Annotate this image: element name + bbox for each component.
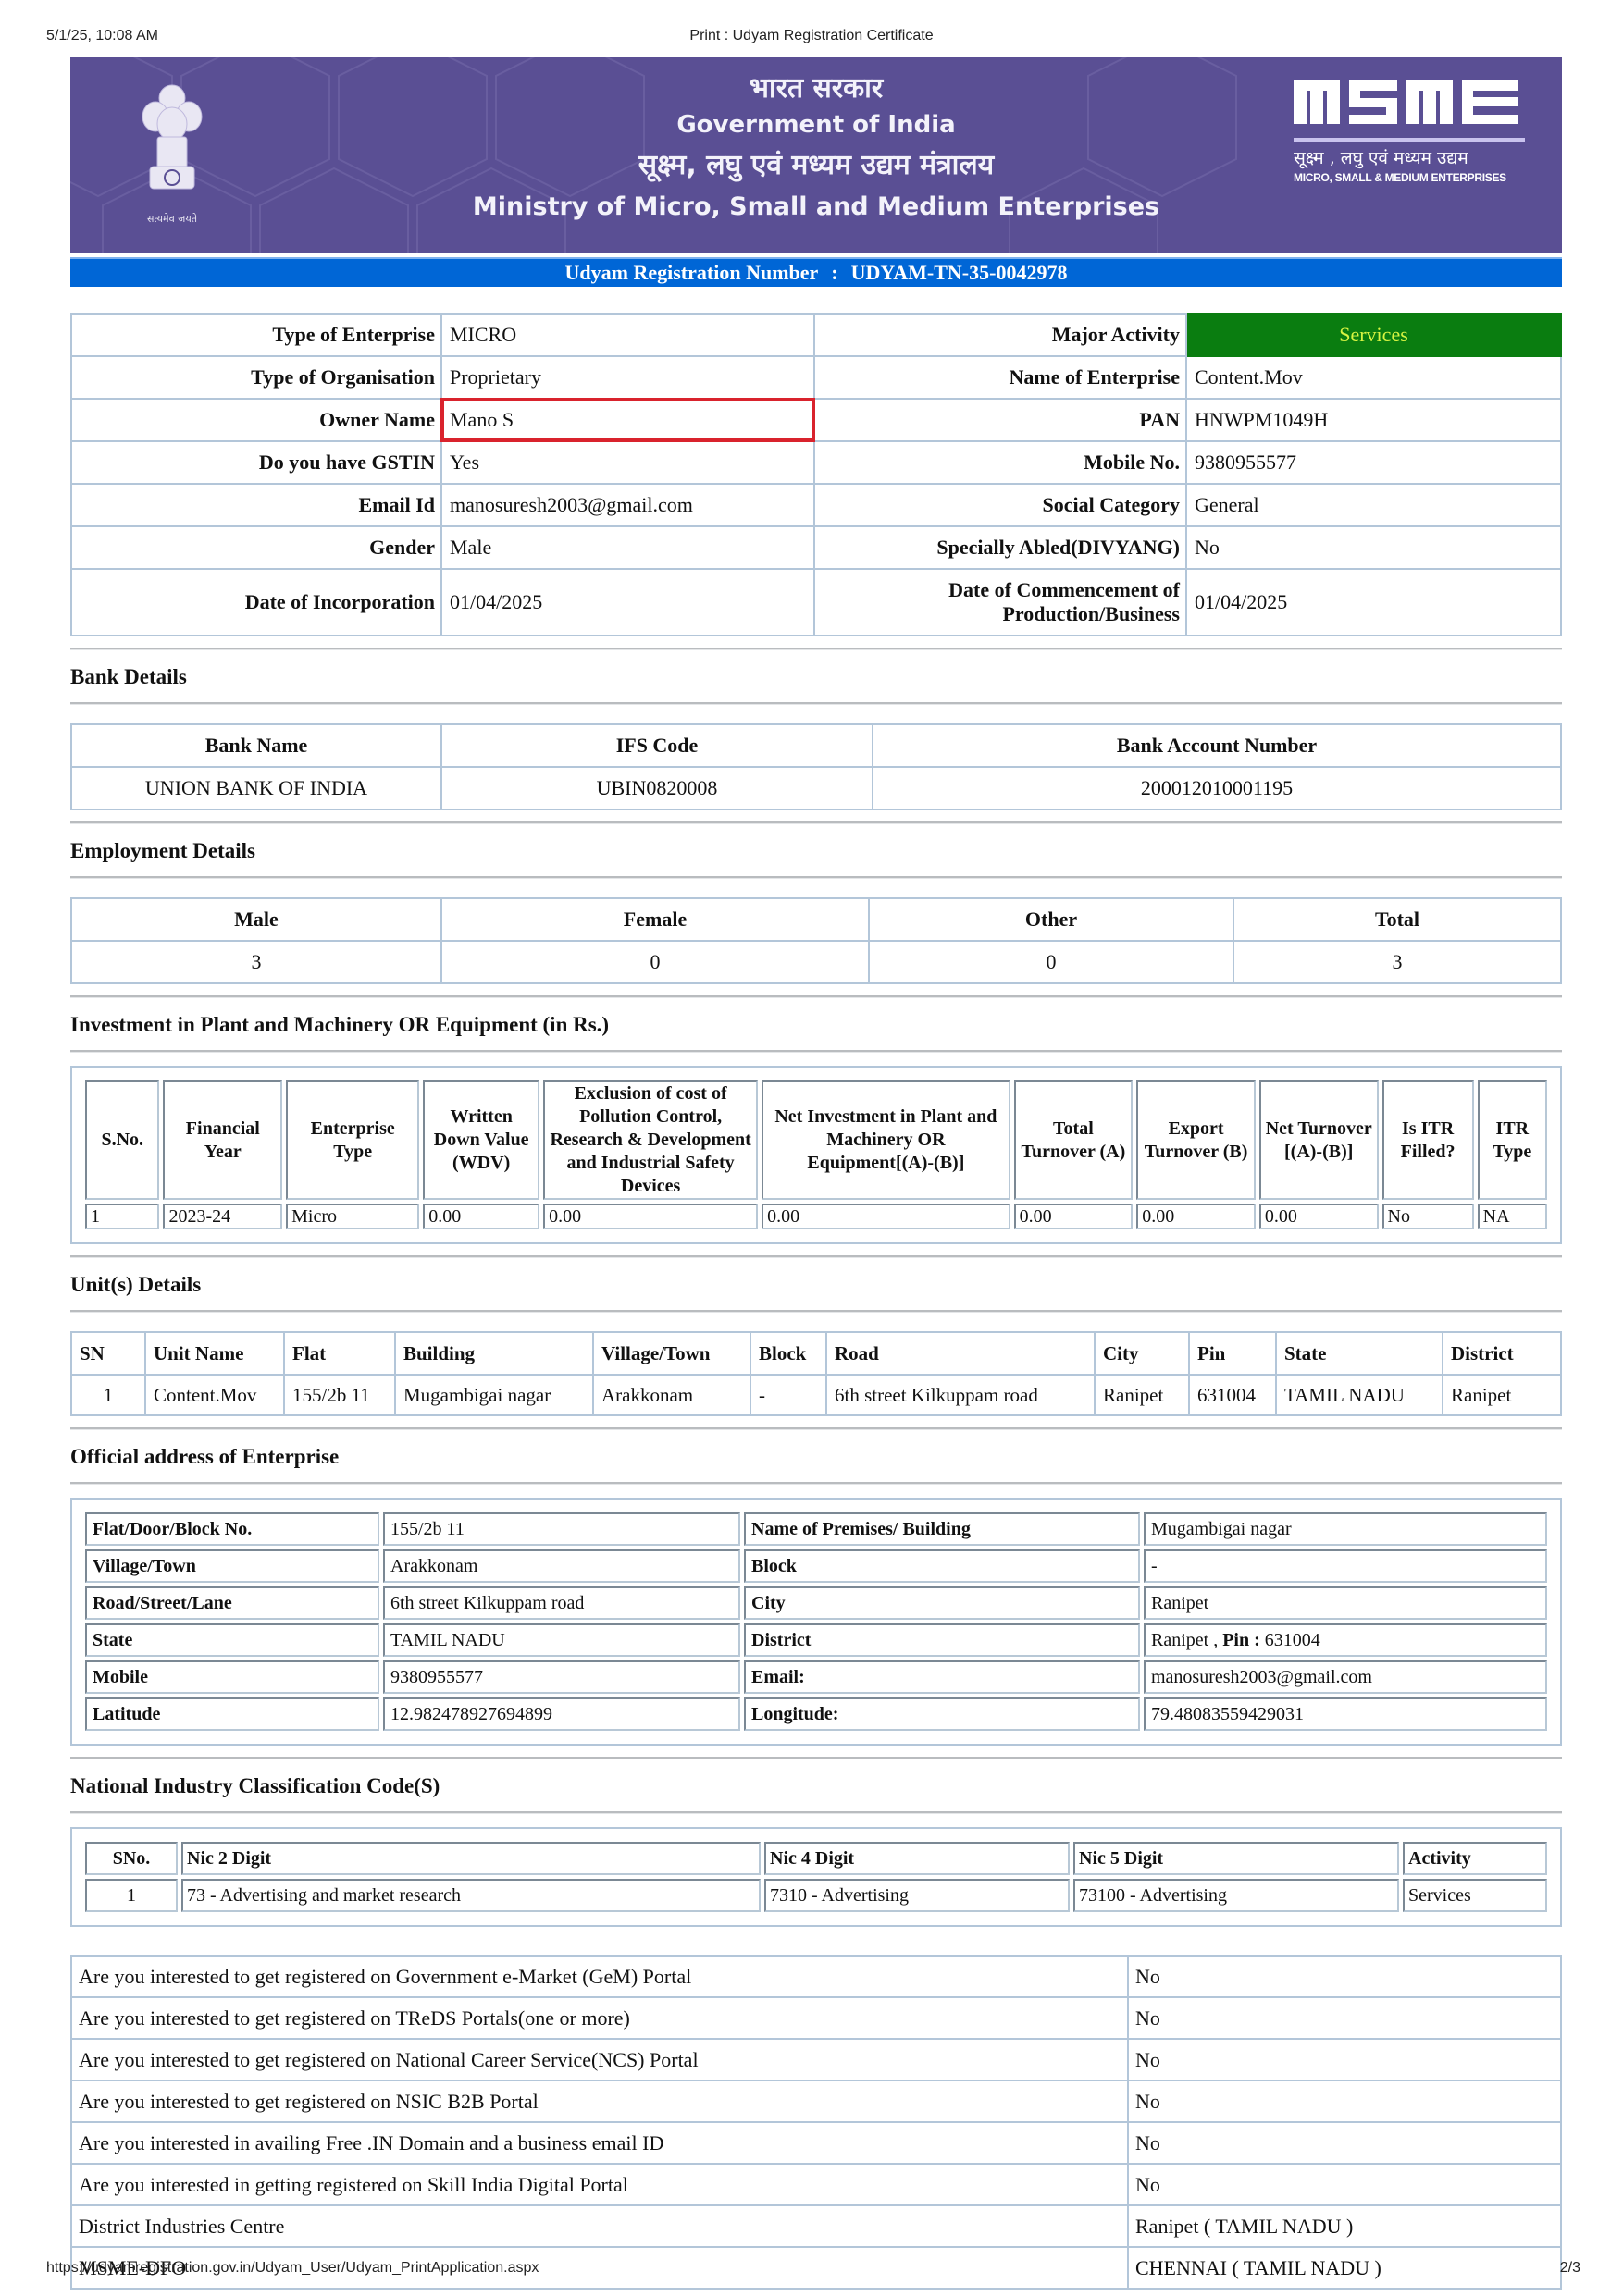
- table-row: GenderMaleSpecially Abled(DIVYANG)No: [71, 526, 1561, 569]
- investment-title: Investment in Plant and Machinery OR Equ…: [70, 1013, 1562, 1037]
- answer-value: No: [1128, 1997, 1561, 2039]
- female-header: Female: [441, 898, 869, 941]
- field-value: 9380955577: [1186, 441, 1561, 484]
- address-value: 9380955577: [383, 1660, 740, 1694]
- unit-cell: 1: [71, 1375, 145, 1415]
- field-label: Email Id: [71, 484, 441, 526]
- table-row: 12023-24Micro0.000.000.000.000.000.00NoN…: [85, 1204, 1547, 1229]
- table-row: Road/Street/Lane6th street Kilkuppam roa…: [85, 1586, 1547, 1620]
- section-divider: [70, 1427, 1562, 1430]
- table-row: Mobile9380955577Email:manosuresh2003@gma…: [85, 1660, 1547, 1694]
- address-value: -: [1144, 1549, 1547, 1583]
- question-text: District Industries Centre: [71, 2205, 1128, 2247]
- table-row: Are you interested in availing Free .IN …: [71, 2122, 1561, 2164]
- unit-column-header: SN: [71, 1332, 145, 1375]
- table-row: Latitude12.982478927694899Longitude:79.4…: [85, 1697, 1547, 1731]
- investment-table: S.No.Financial YearEnterprise TypeWritte…: [81, 1077, 1551, 1233]
- investment-box: S.No.Financial YearEnterprise TypeWritte…: [70, 1066, 1562, 1244]
- address-value: 6th street Kilkuppam road: [383, 1586, 740, 1620]
- registration-number: UDYAM-TN-35-0042978: [851, 261, 1068, 284]
- nic5-header: Nic 5 Digit: [1073, 1842, 1399, 1875]
- unit-cell: -: [750, 1375, 826, 1415]
- total-header: Total: [1233, 898, 1561, 941]
- table-row: 1Content.Mov155/2b 11Mugambigai nagarAra…: [71, 1375, 1561, 1415]
- print-header: 5/1/25, 10:08 AM Print : Udyam Registrat…: [0, 28, 1623, 50]
- section-divider: [70, 1255, 1562, 1258]
- account-number: 200012010001195: [873, 767, 1561, 809]
- unit-cell: TAMIL NADU: [1276, 1375, 1443, 1415]
- major-activity-badge: Services: [1186, 314, 1561, 356]
- section-divider: [70, 1310, 1562, 1313]
- field-label: Type of Organisation: [71, 356, 441, 399]
- question-text: Are you interested to get registered on …: [71, 2080, 1128, 2122]
- unit-cell: Ranipet: [1443, 1375, 1561, 1415]
- enterprise-details-table: Type of EnterpriseMICROMajor ActivitySer…: [70, 313, 1562, 636]
- unit-cell: Mugambigai nagar: [395, 1375, 593, 1415]
- unit-cell: 155/2b 11: [284, 1375, 395, 1415]
- nic-activity-header: Activity: [1403, 1842, 1547, 1875]
- section-divider: [70, 821, 1562, 824]
- address-label: Flat/Door/Block No.: [85, 1512, 379, 1546]
- table-row: Are you interested to get registered on …: [71, 2039, 1561, 2080]
- investment-cell: 0.00: [1014, 1204, 1134, 1229]
- table-row: Are you interested to get registered on …: [71, 2080, 1561, 2122]
- address-value: Arakkonam: [383, 1549, 740, 1583]
- address-value: Ranipet: [1144, 1586, 1547, 1620]
- address-label: District: [744, 1623, 1140, 1657]
- address-value: Ranipet , Pin : 631004: [1144, 1623, 1547, 1657]
- address-label: State: [85, 1623, 379, 1657]
- unit-cell: Ranipet: [1095, 1375, 1189, 1415]
- nic5-value: 73100 - Advertising: [1073, 1879, 1399, 1912]
- question-text: Are you interested in availing Free .IN …: [71, 2122, 1128, 2164]
- government-banner: सत्यमेव जयते भारत सरकार Government of In…: [70, 57, 1562, 253]
- registration-label: Udyam Registration Number: [565, 261, 819, 284]
- page-url: https://udyamregistration.gov.in/Udyam_U…: [46, 2260, 539, 2277]
- unit-column-header: Flat: [284, 1332, 395, 1375]
- units-table: SNUnit NameFlatBuildingVillage/TownBlock…: [70, 1331, 1562, 1416]
- field-label: Specially Abled(DIVYANG): [814, 526, 1186, 569]
- unit-column-header: Road: [826, 1332, 1095, 1375]
- address-label: Village/Town: [85, 1549, 379, 1583]
- other-header: Other: [869, 898, 1233, 941]
- address-label: Block: [744, 1549, 1140, 1583]
- investment-cell: NA: [1478, 1204, 1547, 1229]
- table-row: 3 0 0 3: [71, 941, 1561, 983]
- table-row: UNION BANK OF INDIA UBIN0820008 20001201…: [71, 767, 1561, 809]
- address-label: City: [744, 1586, 1140, 1620]
- address-value: 12.982478927694899: [383, 1697, 740, 1731]
- investment-column-header: Net Investment in Plant and Machinery OR…: [762, 1080, 1010, 1200]
- field-value: Male: [441, 526, 814, 569]
- table-row: StateTAMIL NADUDistrictRanipet , Pin : 6…: [85, 1623, 1547, 1657]
- unit-column-header: Block: [750, 1332, 826, 1375]
- address-value: 79.48083559429031: [1144, 1697, 1547, 1731]
- table-row: 1 73 - Advertising and market research 7…: [85, 1879, 1547, 1912]
- nic2-header: Nic 2 Digit: [181, 1842, 761, 1875]
- female-count: 0: [441, 941, 869, 983]
- bank-name: UNION BANK OF INDIA: [71, 767, 441, 809]
- employment-table: Male Female Other Total 3 0 0 3: [70, 897, 1562, 984]
- field-label-line: Date of Commencement of: [823, 578, 1180, 602]
- pin-value: 631004: [1265, 1630, 1320, 1650]
- answer-value: No: [1128, 2122, 1561, 2164]
- investment-cell: Micro: [286, 1204, 419, 1229]
- investment-column-header: Is ITR Filled?: [1382, 1080, 1474, 1200]
- field-label: Owner Name: [71, 399, 441, 441]
- field-label: Do you have GSTIN: [71, 441, 441, 484]
- male-header: Male: [71, 898, 441, 941]
- field-value: No: [1186, 526, 1561, 569]
- field-label: Date of Commencement ofProduction/Busine…: [814, 569, 1186, 636]
- unit-column-header: State: [1276, 1332, 1443, 1375]
- logo-hindi-text: सूक्ष्म , लघु एवं मध्यम उद्यम: [1294, 145, 1525, 169]
- table-row: Type of OrganisationProprietaryName of E…: [71, 356, 1561, 399]
- answer-value: Ranipet ( TAMIL NADU ): [1128, 2205, 1561, 2247]
- bank-details-title: Bank Details: [70, 665, 1562, 689]
- field-value: Yes: [441, 441, 814, 484]
- unit-column-header: District: [1443, 1332, 1561, 1375]
- address-label: Name of Premises/ Building: [744, 1512, 1140, 1546]
- address-label: Road/Street/Lane: [85, 1586, 379, 1620]
- unit-cell: Content.Mov: [145, 1375, 284, 1415]
- nic-sno: 1: [85, 1879, 178, 1912]
- investment-column-header: Financial Year: [163, 1080, 282, 1200]
- logo-english-text: MICRO, SMALL & MEDIUM ENTERPRISES: [1294, 171, 1525, 184]
- address-label: Email:: [744, 1660, 1140, 1694]
- address-value: manosuresh2003@gmail.com: [1144, 1660, 1547, 1694]
- unit-cell: 6th street Kilkuppam road: [826, 1375, 1095, 1415]
- certificate-page: सत्यमेव जयते भारत सरकार Government of In…: [70, 57, 1562, 2290]
- field-label: Date of Incorporation: [71, 569, 441, 636]
- section-divider: [70, 876, 1562, 879]
- district-value: Ranipet ,: [1151, 1630, 1218, 1650]
- field-value: 01/04/2025: [441, 569, 814, 636]
- address-label: Longitude:: [744, 1697, 1140, 1731]
- table-row: Are you interested to get registered on …: [71, 1956, 1561, 1997]
- field-label: Mobile No.: [814, 441, 1186, 484]
- table-row: Email Idmanosuresh2003@gmail.comSocial C…: [71, 484, 1561, 526]
- bank-name-header: Bank Name: [71, 724, 441, 767]
- table-row: Are you interested to get registered on …: [71, 1997, 1561, 2039]
- answer-value: No: [1128, 2164, 1561, 2205]
- field-value: General: [1186, 484, 1561, 526]
- address-value: 155/2b 11: [383, 1512, 740, 1546]
- investment-cell: 2023-24: [163, 1204, 282, 1229]
- print-title: Print : Udyam Registration Certificate: [0, 28, 1623, 44]
- question-text: Are you interested in getting registered…: [71, 2164, 1128, 2205]
- field-value: HNWPM1049H: [1186, 399, 1561, 441]
- ifs-code-header: IFS Code: [441, 724, 873, 767]
- investment-cell: No: [1382, 1204, 1474, 1229]
- unit-column-header: Pin: [1189, 1332, 1276, 1375]
- official-address-title: Official address of Enterprise: [70, 1445, 1562, 1469]
- table-row: Owner NameMano SPANHNWPM1049H: [71, 399, 1561, 441]
- investment-column-header: Net Turnover [(A)-(B)]: [1259, 1080, 1379, 1200]
- question-text: Are you interested to get registered on …: [71, 1997, 1128, 2039]
- field-value: MICRO: [441, 314, 814, 356]
- address-label: Latitude: [85, 1697, 379, 1731]
- nic-box: SNo. Nic 2 Digit Nic 4 Digit Nic 5 Digit…: [70, 1827, 1562, 1927]
- investment-cell: 0.00: [1136, 1204, 1256, 1229]
- question-text: Are you interested to get registered on …: [71, 1956, 1128, 1997]
- investment-column-header: Enterprise Type: [286, 1080, 419, 1200]
- field-label-line: Production/Business: [823, 602, 1180, 626]
- field-label: Name of Enterprise: [814, 356, 1186, 399]
- question-text: Are you interested to get registered on …: [71, 2039, 1128, 2080]
- unit-cell: 631004: [1189, 1375, 1276, 1415]
- field-label: Major Activity: [814, 314, 1186, 356]
- investment-cell: 0.00: [423, 1204, 539, 1229]
- table-row: Flat/Door/Block No.155/2b 11Name of Prem…: [85, 1512, 1547, 1546]
- field-label: Social Category: [814, 484, 1186, 526]
- investment-column-header: Export Turnover (B): [1136, 1080, 1256, 1200]
- field-label: PAN: [814, 399, 1186, 441]
- section-divider: [70, 995, 1562, 998]
- investment-column-header: Exclusion of cost of Pollution Control, …: [543, 1080, 758, 1200]
- field-label: Gender: [71, 526, 441, 569]
- other-count: 0: [869, 941, 1233, 983]
- investment-cell: 0.00: [1259, 1204, 1379, 1229]
- unit-column-header: City: [1095, 1332, 1189, 1375]
- table-row: Are you interested in getting registered…: [71, 2164, 1561, 2205]
- nic-table: SNo. Nic 2 Digit Nic 4 Digit Nic 5 Digit…: [81, 1838, 1551, 1916]
- answer-value: No: [1128, 1956, 1561, 1997]
- unit-column-header: Village/Town: [593, 1332, 750, 1375]
- investment-column-header: Total Turnover (A): [1014, 1080, 1134, 1200]
- section-divider: [70, 1811, 1562, 1814]
- table-row: Type of EnterpriseMICROMajor ActivitySer…: [71, 314, 1561, 356]
- investment-cell: 0.00: [543, 1204, 758, 1229]
- field-value: Content.Mov: [1186, 356, 1561, 399]
- answer-value: No: [1128, 2080, 1561, 2122]
- page-number: 2/3: [1560, 2260, 1580, 2277]
- nic2-value: 73 - Advertising and market research: [181, 1879, 761, 1912]
- nic-title: National Industry Classification Code(S): [70, 1774, 1562, 1798]
- address-value: TAMIL NADU: [383, 1623, 740, 1657]
- owner-name-highlighted: Mano S: [441, 399, 814, 441]
- section-divider: [70, 1757, 1562, 1759]
- section-divider: [70, 1050, 1562, 1053]
- address-label: Mobile: [85, 1660, 379, 1694]
- address-value: Mugambigai nagar: [1144, 1512, 1547, 1546]
- additional-info-table: Are you interested to get registered on …: [70, 1955, 1562, 2290]
- field-value: 01/04/2025: [1186, 569, 1561, 636]
- table-row: Do you have GSTINYesMobile No.9380955577: [71, 441, 1561, 484]
- unit-column-header: Building: [395, 1332, 593, 1375]
- msme-logo: सूक्ष्म , लघु एवं मध्यम उद्यम MICRO, SMA…: [1294, 76, 1525, 184]
- investment-cell: 0.00: [762, 1204, 1010, 1229]
- units-title: Unit(s) Details: [70, 1273, 1562, 1297]
- account-number-header: Bank Account Number: [873, 724, 1561, 767]
- table-row: Date of Incorporation01/04/2025Date of C…: [71, 569, 1561, 636]
- field-value: Proprietary: [441, 356, 814, 399]
- field-label: Type of Enterprise: [71, 314, 441, 356]
- registration-number-bar: Udyam Registration Number:UDYAM-TN-35-00…: [70, 257, 1562, 287]
- nic4-value: 7310 - Advertising: [764, 1879, 1070, 1912]
- field-value: manosuresh2003@gmail.com: [441, 484, 814, 526]
- logo-underline: [1294, 138, 1525, 142]
- investment-cell: 1: [85, 1204, 159, 1229]
- section-divider: [70, 648, 1562, 650]
- unit-column-header: Unit Name: [145, 1332, 284, 1375]
- employment-details-title: Employment Details: [70, 839, 1562, 863]
- total-count: 3: [1233, 941, 1561, 983]
- registration-separator: :: [831, 261, 837, 284]
- ifs-code: UBIN0820008: [441, 767, 873, 809]
- investment-column-header: Written Down Value (WDV): [423, 1080, 539, 1200]
- investment-column-header: S.No.: [85, 1080, 159, 1200]
- msme-logo-letters-icon: [1294, 76, 1525, 128]
- nic4-header: Nic 4 Digit: [764, 1842, 1070, 1875]
- table-row: Village/TownArakkonamBlock-: [85, 1549, 1547, 1583]
- ministry-title: Ministry of Micro, Small and Medium Ente…: [70, 189, 1562, 226]
- nic-sno-header: SNo.: [85, 1842, 178, 1875]
- nic-activity: Services: [1403, 1879, 1547, 1912]
- table-row: District Industries CentreRanipet ( TAMI…: [71, 2205, 1561, 2247]
- male-count: 3: [71, 941, 441, 983]
- official-address-box: Flat/Door/Block No.155/2b 11Name of Prem…: [70, 1498, 1562, 1746]
- section-divider: [70, 1482, 1562, 1485]
- official-address-table: Flat/Door/Block No.155/2b 11Name of Prem…: [81, 1509, 1551, 1734]
- bank-details-table: Bank Name IFS Code Bank Account Number U…: [70, 723, 1562, 810]
- investment-column-header: ITR Type: [1478, 1080, 1547, 1200]
- pin-label: Pin :: [1222, 1630, 1260, 1650]
- answer-value: CHENNAI ( TAMIL NADU ): [1128, 2247, 1561, 2289]
- unit-cell: Arakkonam: [593, 1375, 750, 1415]
- answer-value: No: [1128, 2039, 1561, 2080]
- section-divider: [70, 702, 1562, 705]
